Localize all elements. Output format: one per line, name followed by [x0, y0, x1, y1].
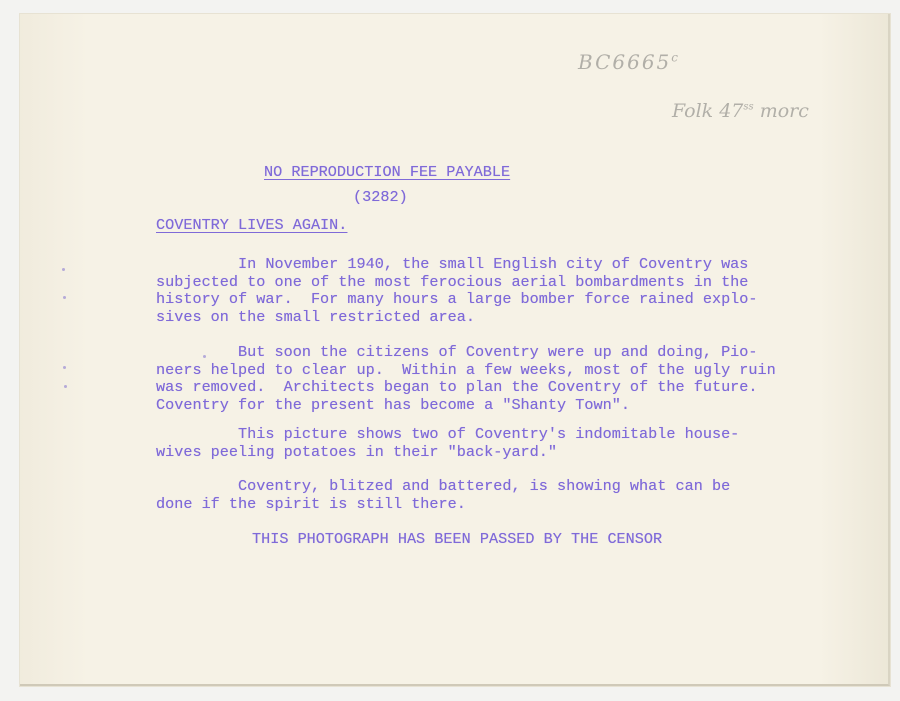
paragraph-line: Coventry for the present has become a "S…: [156, 397, 776, 415]
ink-speck: [62, 268, 65, 271]
paragraph-line: done if the spirit is still there.: [156, 496, 730, 514]
censor-stamp: THIS PHOTOGRAPH HAS BEEN PASSED BY THE C…: [252, 531, 662, 549]
paragraph-line: This picture shows two of Coventry's ind…: [156, 426, 739, 444]
ink-speck: [63, 296, 66, 299]
ink-speck: [203, 355, 206, 358]
paragraph-line: sives on the small restricted area.: [156, 309, 758, 327]
paragraph-line: history of war. For many hours a large b…: [156, 291, 758, 309]
caption-title: COVENTRY LIVES AGAIN.: [156, 217, 347, 235]
paragraph-line: subjected to one of the most ferocious a…: [156, 274, 758, 292]
paragraph-line: was removed. Architects began to plan th…: [156, 379, 776, 397]
paragraph-3: This picture shows two of Coventry's ind…: [156, 426, 739, 461]
pencil-catalog-code: BC6665c: [578, 50, 680, 74]
paragraph-line: wives peeling potatoes in their "back-ya…: [156, 444, 739, 462]
paragraph-4: Coventry, blitzed and battered, is showi…: [156, 478, 730, 513]
caption-number: (3282): [353, 189, 408, 207]
paragraph-line: But soon the citizens of Coventry were u…: [156, 344, 776, 362]
paragraph-line: In November 1940, the small English city…: [156, 256, 758, 274]
paragraph-1: In November 1940, the small English city…: [156, 256, 758, 326]
paragraph-2: But soon the citizens of Coventry were u…: [156, 344, 776, 414]
paragraph-line: neers helped to clear up. Within a few w…: [156, 362, 776, 380]
ink-speck: [63, 366, 66, 369]
pencil-folio-note: Folk 47ss morc: [672, 100, 809, 122]
paragraph-line: Coventry, blitzed and battered, is showi…: [156, 478, 730, 496]
fee-notice-heading: NO REPRODUCTION FEE PAYABLE: [264, 164, 510, 182]
ink-speck: [64, 385, 67, 388]
